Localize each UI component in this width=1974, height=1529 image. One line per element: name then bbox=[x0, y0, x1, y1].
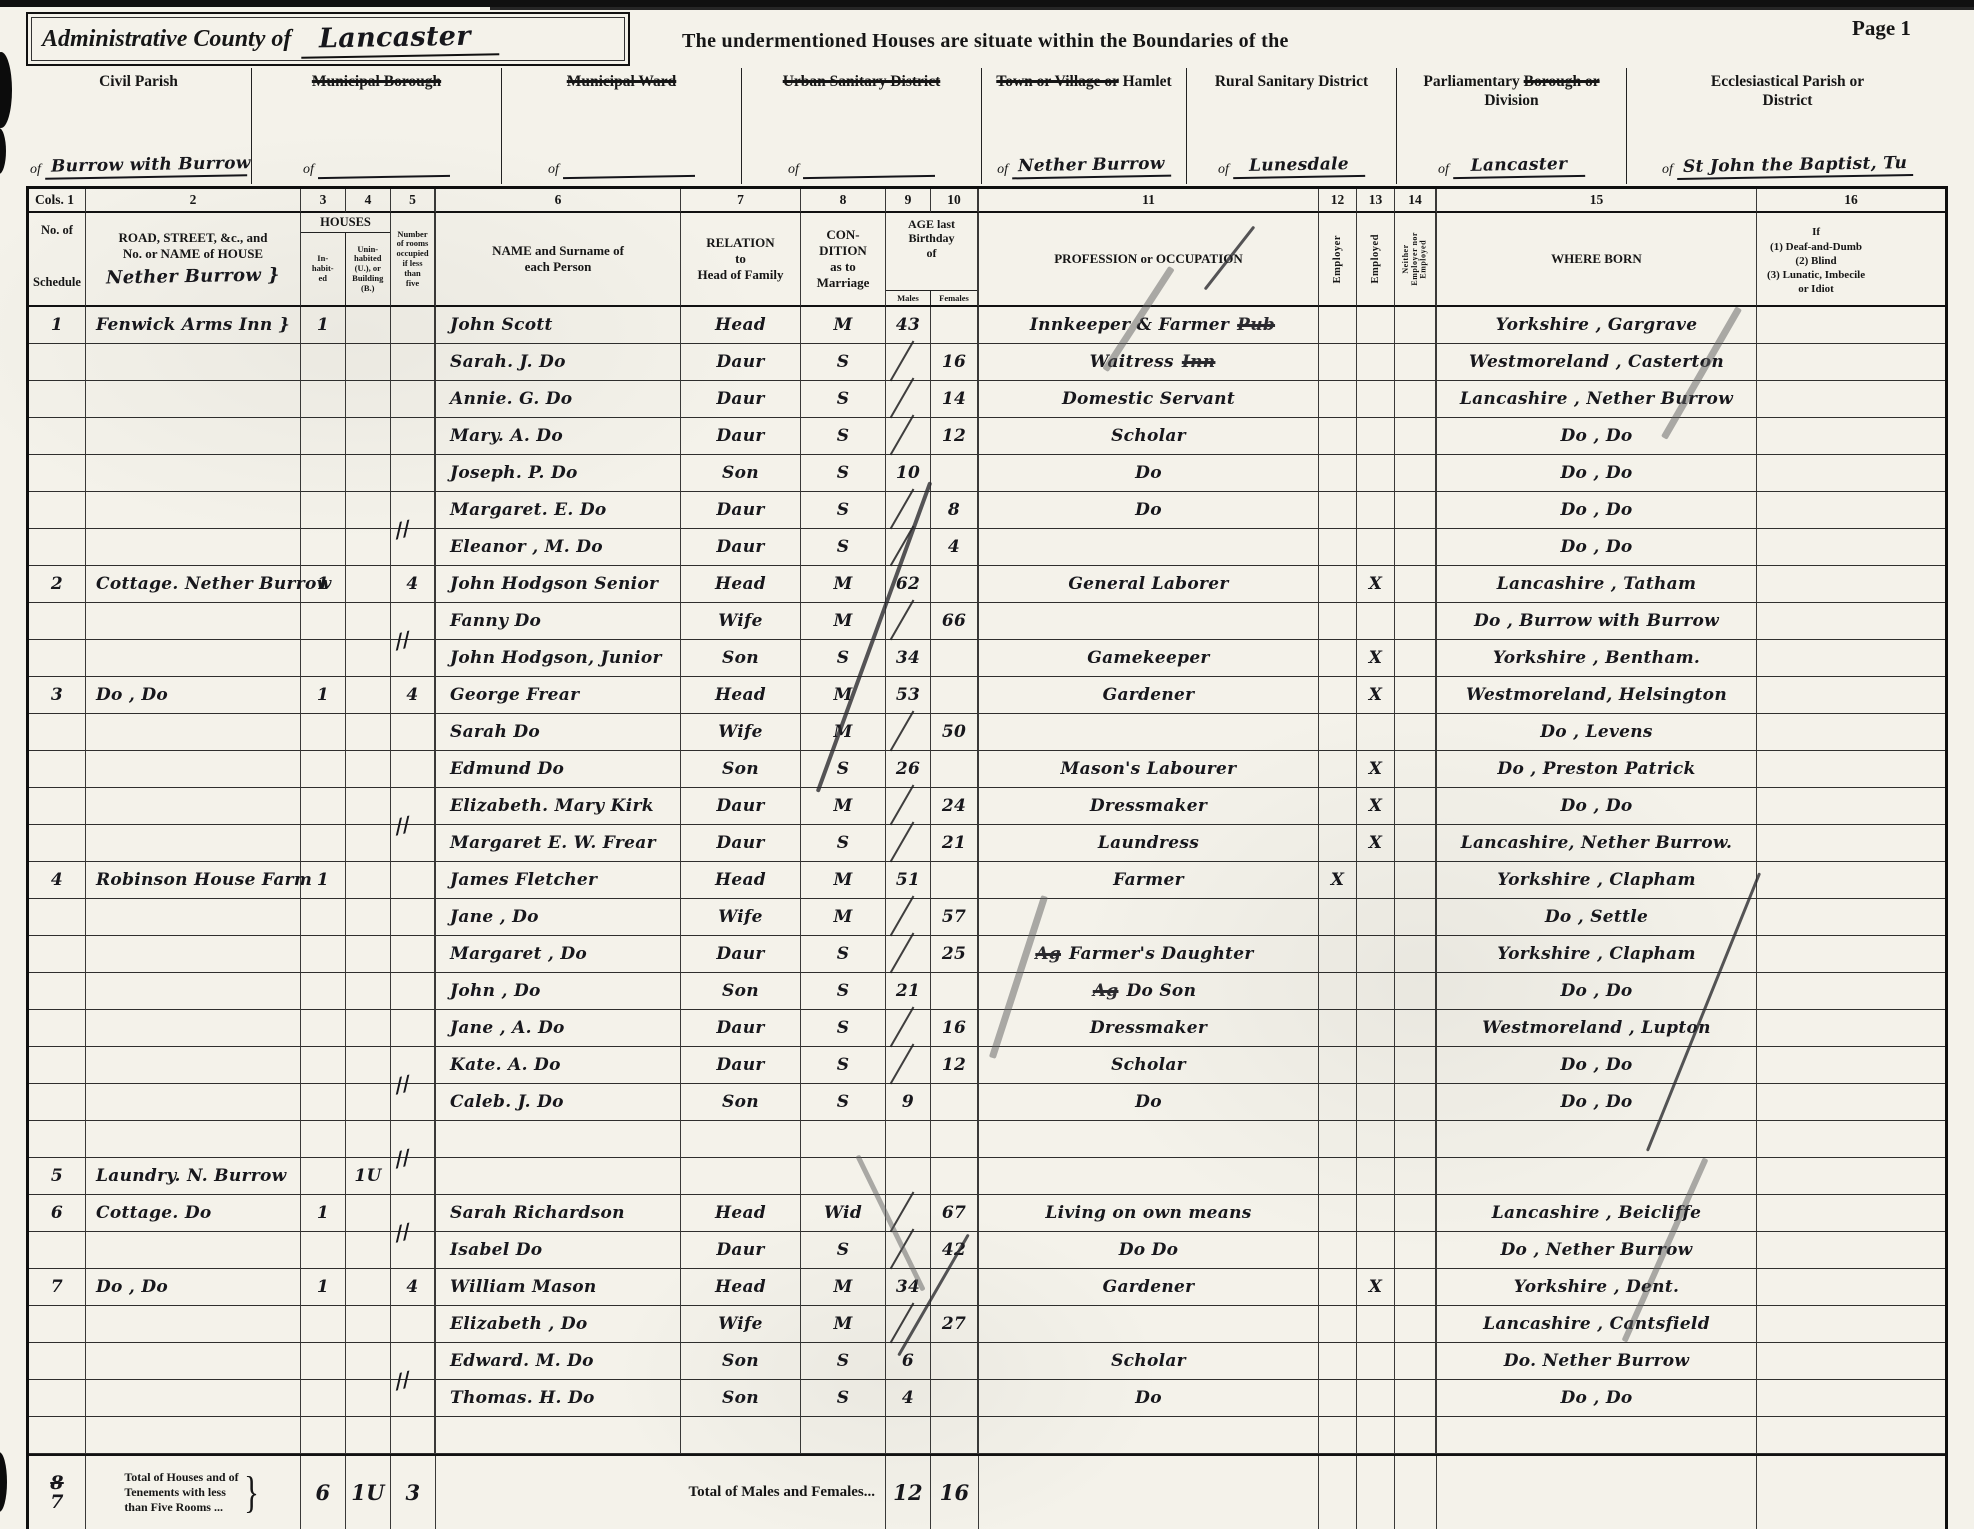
house-name-cell bbox=[86, 1047, 301, 1084]
neither-cell bbox=[1395, 418, 1437, 455]
census-page: Administrative County of Lancaster The u… bbox=[0, 0, 1974, 1529]
house-name-cell bbox=[86, 492, 301, 529]
schedule-number-cell bbox=[29, 973, 86, 1010]
inhabited-cell bbox=[301, 455, 346, 492]
occupation-cell: Laundress bbox=[979, 825, 1319, 862]
employer-cell bbox=[1319, 640, 1357, 677]
age-female-cell bbox=[931, 1121, 979, 1158]
uninhabited-cell bbox=[346, 788, 391, 825]
infirmity-cell bbox=[1757, 1121, 1945, 1158]
infirmity-cell bbox=[1757, 455, 1945, 492]
header-infirmity: If (1) Deaf-and-Dumb (2) Blind (3) Lunat… bbox=[1757, 213, 1945, 307]
condition-cell: S bbox=[801, 381, 886, 418]
infirmity-cell bbox=[1757, 1195, 1945, 1232]
occupation-cell: Scholar bbox=[979, 1343, 1319, 1380]
uninhabited-cell bbox=[346, 566, 391, 603]
relation-cell: Son bbox=[681, 751, 801, 788]
header-males: Males bbox=[886, 291, 931, 305]
table-row: // John Hodgson, Junior Son S 34 Gamekee… bbox=[29, 640, 1945, 677]
age-female-cell bbox=[931, 1417, 979, 1454]
census-table: Cols. 1 2 3 4 5 6 7 8 9 10 11 12 13 14 1… bbox=[26, 186, 1948, 1529]
rooms-cell bbox=[391, 307, 436, 344]
occupation-cell: Dressmaker bbox=[979, 788, 1319, 825]
employer-cell bbox=[1319, 344, 1357, 381]
totals-males: 12 bbox=[886, 1456, 931, 1529]
header-schedule: No. ofSchedule bbox=[29, 213, 86, 307]
uninhabited-cell bbox=[346, 862, 391, 899]
table-row: 6 Cottage. Do 1 Sarah Richardson Head Wi… bbox=[29, 1195, 1945, 1232]
occupation-cell: Do bbox=[979, 1380, 1319, 1417]
employed-cell bbox=[1357, 1195, 1395, 1232]
rooms-cell bbox=[391, 751, 436, 788]
condition-cell bbox=[801, 1417, 886, 1454]
employed-cell bbox=[1357, 1343, 1395, 1380]
district-municipal-ward: Municipal Ward of bbox=[501, 68, 741, 184]
where-born-cell: Do , Do bbox=[1437, 788, 1757, 825]
schedule-number-cell bbox=[29, 1306, 86, 1343]
inhabited-cell bbox=[301, 899, 346, 936]
neither-cell bbox=[1395, 973, 1437, 1010]
table-body: 1 Fenwick Arms Inn } 1 John Scott Head M… bbox=[29, 307, 1945, 1454]
schedule-number-cell bbox=[29, 788, 86, 825]
schedule-number-cell bbox=[29, 418, 86, 455]
rooms-cell bbox=[391, 455, 436, 492]
occupation-cell: Gardener bbox=[979, 1269, 1319, 1306]
uninhabited-cell bbox=[346, 1306, 391, 1343]
inhabited-cell: 1 bbox=[301, 307, 346, 344]
occupation-cell: Farmer bbox=[979, 862, 1319, 899]
header-employed: Employed bbox=[1357, 213, 1395, 307]
rooms-cell: // bbox=[391, 1232, 436, 1269]
where-born-cell: Do , Do bbox=[1437, 418, 1757, 455]
column-number-row: Cols. 1 2 3 4 5 6 7 8 9 10 11 12 13 14 1… bbox=[29, 189, 1945, 213]
employer-cell bbox=[1319, 529, 1357, 566]
employed-cell bbox=[1357, 344, 1395, 381]
person-name-cell: Edmund Do bbox=[436, 751, 681, 788]
rooms-cell: 4 bbox=[391, 566, 436, 603]
rooms-cell bbox=[391, 899, 436, 936]
header-condition: CON- DITION as to Marriage bbox=[801, 213, 886, 307]
rooms-cell bbox=[391, 1306, 436, 1343]
house-name-cell: Do , Do bbox=[86, 677, 301, 714]
age-female-cell: 42 bbox=[931, 1232, 979, 1269]
header-relation: RELATION to Head of Family bbox=[681, 213, 801, 307]
occupation-cell bbox=[979, 1121, 1319, 1158]
table-row bbox=[29, 1417, 1945, 1454]
rooms-cell bbox=[391, 973, 436, 1010]
ecclesiastical-value: St John the Baptist, Tu bbox=[1677, 153, 1914, 180]
infirmity-cell bbox=[1757, 677, 1945, 714]
house-name-cell bbox=[86, 381, 301, 418]
schedule-number-cell: 3 bbox=[29, 677, 86, 714]
person-name-cell: Jane , Do bbox=[436, 899, 681, 936]
person-name-cell: Sarah. J. Do bbox=[436, 344, 681, 381]
person-name-cell: John Scott bbox=[436, 307, 681, 344]
table-row: Annie. G. Do Daur S 14 Domestic Servant … bbox=[29, 381, 1945, 418]
uninhabited-cell bbox=[346, 973, 391, 1010]
uninhabited-cell bbox=[346, 899, 391, 936]
house-name-cell: Laundry. N. Burrow bbox=[86, 1158, 301, 1195]
employed-cell bbox=[1357, 973, 1395, 1010]
employer-cell bbox=[1319, 1047, 1357, 1084]
schedule-number-cell bbox=[29, 344, 86, 381]
age-female-cell bbox=[931, 1343, 979, 1380]
administrative-county-box: Administrative County of Lancaster bbox=[26, 12, 630, 66]
age-female-cell: 21 bbox=[931, 825, 979, 862]
schedule-number-cell bbox=[29, 529, 86, 566]
table-row: Edmund Do Son S 26 Mason's Labourer X Do… bbox=[29, 751, 1945, 788]
neither-cell bbox=[1395, 714, 1437, 751]
neither-cell bbox=[1395, 640, 1437, 677]
table-row: Mary. A. Do Daur S 12 Scholar Do , Do bbox=[29, 418, 1945, 455]
rooms-cell bbox=[391, 1417, 436, 1454]
margin-notes: 87 bbox=[29, 1456, 86, 1529]
uninhabited-cell bbox=[346, 1010, 391, 1047]
inhabited-cell: 1 bbox=[301, 1195, 346, 1232]
table-row: // Eleanor , M. Do Daur S 4 Do , Do bbox=[29, 529, 1945, 566]
uninhabited-cell bbox=[346, 492, 391, 529]
condition-cell: S bbox=[801, 973, 886, 1010]
employed-cell: X bbox=[1357, 640, 1395, 677]
infirmity-cell bbox=[1757, 936, 1945, 973]
infirmity-cell bbox=[1757, 492, 1945, 529]
occupation-cell: Do bbox=[979, 492, 1319, 529]
age-female-cell bbox=[931, 751, 979, 788]
schedule-number-cell bbox=[29, 1010, 86, 1047]
condition-cell: M bbox=[801, 1269, 886, 1306]
relation-cell: Daur bbox=[681, 344, 801, 381]
rooms-cell: // bbox=[391, 1158, 436, 1195]
occupation-cell bbox=[979, 603, 1319, 640]
inhabited-cell bbox=[301, 418, 346, 455]
inhabited-cell: 1 bbox=[301, 1269, 346, 1306]
rooms-cell: 4 bbox=[391, 1269, 436, 1306]
house-name-cell: Do , Do bbox=[86, 1269, 301, 1306]
table-row: Sarah. J. Do Daur S 16 WaitressInn Westm… bbox=[29, 344, 1945, 381]
scan-edge-blob bbox=[0, 128, 6, 174]
occupation-cell bbox=[979, 1306, 1319, 1343]
relation-cell: Son bbox=[681, 1084, 801, 1121]
schedule-number-cell: 6 bbox=[29, 1195, 86, 1232]
age-female-cell: 67 bbox=[931, 1195, 979, 1232]
uninhabited-cell bbox=[346, 1121, 391, 1158]
uninhabited-cell bbox=[346, 1047, 391, 1084]
scan-top-border-2 bbox=[490, 7, 1974, 10]
person-name-cell: Mary. A. Do bbox=[436, 418, 681, 455]
header-road-handwritten: Nether Burrow } bbox=[106, 264, 280, 290]
inhabited-cell: 1 bbox=[301, 862, 346, 899]
person-name-cell: Margaret. E. Do bbox=[436, 492, 681, 529]
administrative-county-value: Lancaster bbox=[301, 20, 499, 58]
schedule-number-cell bbox=[29, 1232, 86, 1269]
where-born-cell: Do. Nether Burrow bbox=[1437, 1343, 1757, 1380]
relation-cell: Daur bbox=[681, 492, 801, 529]
inhabited-cell bbox=[301, 1306, 346, 1343]
district-urban-sanitary: Urban Sanitary District of bbox=[741, 68, 981, 184]
infirmity-cell bbox=[1757, 1158, 1945, 1195]
where-born-cell: Yorkshire , Clapham bbox=[1437, 936, 1757, 973]
rooms-cell: 4 bbox=[391, 677, 436, 714]
relation-cell: Daur bbox=[681, 529, 801, 566]
scan-top-border bbox=[0, 0, 1974, 7]
house-name-cell bbox=[86, 1084, 301, 1121]
occupation-cell: Innkeeper & FarmerPub bbox=[979, 307, 1319, 344]
house-name-cell bbox=[86, 936, 301, 973]
neither-cell bbox=[1395, 825, 1437, 862]
infirmity-cell bbox=[1757, 788, 1945, 825]
infirmity-cell bbox=[1757, 973, 1945, 1010]
neither-cell bbox=[1395, 1380, 1437, 1417]
uninhabited-cell bbox=[346, 529, 391, 566]
age-female-cell bbox=[931, 640, 979, 677]
relation-cell: Wife bbox=[681, 714, 801, 751]
person-name-cell: Elizabeth , Do bbox=[436, 1306, 681, 1343]
infirmity-cell bbox=[1757, 714, 1945, 751]
neither-cell bbox=[1395, 788, 1437, 825]
where-born-cell: Do , Do bbox=[1437, 1084, 1757, 1121]
scan-edge-blob bbox=[0, 52, 12, 128]
employer-cell bbox=[1319, 1084, 1357, 1121]
inhabited-cell bbox=[301, 344, 346, 381]
person-name-cell: Isabel Do bbox=[436, 1232, 681, 1269]
neither-cell bbox=[1395, 455, 1437, 492]
age-female-cell: 50 bbox=[931, 714, 979, 751]
employer-cell bbox=[1319, 1121, 1357, 1158]
occupation-cell: Scholar bbox=[979, 1047, 1319, 1084]
employer-cell bbox=[1319, 1343, 1357, 1380]
inhabited-cell bbox=[301, 1158, 346, 1195]
employed-cell bbox=[1357, 603, 1395, 640]
house-name-cell bbox=[86, 751, 301, 788]
infirmity-cell bbox=[1757, 529, 1945, 566]
occupation-cell: Gamekeeper bbox=[979, 640, 1319, 677]
person-name-cell: Sarah Richardson bbox=[436, 1195, 681, 1232]
relation-cell: Son bbox=[681, 973, 801, 1010]
house-name-cell bbox=[86, 529, 301, 566]
where-born-cell: Lancashire , Tatham bbox=[1437, 566, 1757, 603]
district-parliamentary: Parliamentary Borough orDivision ofLanca… bbox=[1396, 68, 1626, 184]
person-name-cell: Caleb. J. Do bbox=[436, 1084, 681, 1121]
relation-cell: Daur bbox=[681, 936, 801, 973]
inhabited-cell bbox=[301, 1343, 346, 1380]
age-female-cell bbox=[931, 973, 979, 1010]
employer-cell bbox=[1319, 973, 1357, 1010]
table-row: Jane , Do Wife M 57 Do , Settle bbox=[29, 899, 1945, 936]
totals-row: 87 Total of Houses and of Tenements with… bbox=[29, 1454, 1945, 1529]
where-born-cell bbox=[1437, 1417, 1757, 1454]
uninhabited-cell bbox=[346, 1084, 391, 1121]
uninhabited-cell bbox=[346, 603, 391, 640]
house-name-cell: Cottage. Nether Burrow bbox=[86, 566, 301, 603]
schedule-number-cell bbox=[29, 936, 86, 973]
employed-cell: X bbox=[1357, 788, 1395, 825]
rooms-cell: // bbox=[391, 529, 436, 566]
employed-cell bbox=[1357, 899, 1395, 936]
condition-cell: S bbox=[801, 1010, 886, 1047]
relation-cell: Head bbox=[681, 862, 801, 899]
age-female-cell: 4 bbox=[931, 529, 979, 566]
inhabited-cell bbox=[301, 492, 346, 529]
relation-cell: Daur bbox=[681, 418, 801, 455]
schedule-number-cell bbox=[29, 1417, 86, 1454]
condition-cell: S bbox=[801, 455, 886, 492]
header-rooms: Number of rooms occupied if less than fi… bbox=[391, 213, 436, 307]
neither-cell bbox=[1395, 1417, 1437, 1454]
age-male-cell: 6 bbox=[886, 1343, 931, 1380]
table-row: John , Do Son S 21 AgDo Son Do , Do bbox=[29, 973, 1945, 1010]
schedule-number-cell bbox=[29, 603, 86, 640]
schedule-number-cell: 2 bbox=[29, 566, 86, 603]
rooms-cell: // bbox=[391, 1380, 436, 1417]
neither-cell bbox=[1395, 492, 1437, 529]
employed-cell bbox=[1357, 1380, 1395, 1417]
employed-cell bbox=[1357, 1047, 1395, 1084]
infirmity-cell bbox=[1757, 1232, 1945, 1269]
neither-cell bbox=[1395, 1158, 1437, 1195]
inhabited-cell: 1 bbox=[301, 566, 346, 603]
person-name-cell bbox=[436, 1417, 681, 1454]
uninhabited-cell bbox=[346, 344, 391, 381]
age-female-cell bbox=[931, 862, 979, 899]
scan-edge-blob bbox=[0, 1452, 7, 1512]
employed-cell bbox=[1357, 1306, 1395, 1343]
where-born-cell: Yorkshire , Dent. bbox=[1437, 1269, 1757, 1306]
infirmity-cell bbox=[1757, 1084, 1945, 1121]
inhabited-cell bbox=[301, 714, 346, 751]
totals-males-females-label: Total of Males and Females... bbox=[436, 1456, 886, 1529]
person-name-cell: Elizabeth. Mary Kirk bbox=[436, 788, 681, 825]
inhabited-cell bbox=[301, 1047, 346, 1084]
where-born-cell: Westmoreland, Helsington bbox=[1437, 677, 1757, 714]
district-header-row: Civil Parish ofBurrow with Burrow Munici… bbox=[26, 68, 1948, 184]
header-road-street: ROAD, STREET, &c., and No. or NAME of HO… bbox=[86, 213, 301, 307]
uninhabited-cell bbox=[346, 1232, 391, 1269]
occupation-cell: General Laborer bbox=[979, 566, 1319, 603]
table-row: Elizabeth , Do Wife M 27 Lancashire , Ca… bbox=[29, 1306, 1945, 1343]
header-where-born: WHERE BORN bbox=[1437, 213, 1757, 307]
condition-cell: M bbox=[801, 862, 886, 899]
person-name-cell: John Hodgson Senior bbox=[436, 566, 681, 603]
age-female-cell: 14 bbox=[931, 381, 979, 418]
employer-cell bbox=[1319, 492, 1357, 529]
district-ecclesiastical: Ecclesiastical Parish or District ofSt J… bbox=[1626, 68, 1948, 184]
district-rural-sanitary: Rural Sanitary District ofLunesdale bbox=[1186, 68, 1396, 184]
age-male-cell: 26 bbox=[886, 751, 931, 788]
age-female-cell: 8 bbox=[931, 492, 979, 529]
where-born-cell: Do , Preston Patrick bbox=[1437, 751, 1757, 788]
administrative-county-label: Administrative County of bbox=[42, 26, 291, 53]
where-born-cell: Lancashire , Beicliffe bbox=[1437, 1195, 1757, 1232]
employed-cell bbox=[1357, 307, 1395, 344]
uninhabited-cell bbox=[346, 455, 391, 492]
employed-cell: X bbox=[1357, 566, 1395, 603]
employer-cell bbox=[1319, 936, 1357, 973]
district-municipal-borough: Municipal Borough of bbox=[251, 68, 501, 184]
employed-cell bbox=[1357, 492, 1395, 529]
schedule-number-cell: 4 bbox=[29, 862, 86, 899]
schedule-number-cell bbox=[29, 899, 86, 936]
schedule-number-cell bbox=[29, 1380, 86, 1417]
employer-cell bbox=[1319, 714, 1357, 751]
employed-cell bbox=[1357, 1232, 1395, 1269]
house-name-cell bbox=[86, 1306, 301, 1343]
schedule-number-cell bbox=[29, 825, 86, 862]
neither-cell bbox=[1395, 1269, 1437, 1306]
schedule-number-cell bbox=[29, 492, 86, 529]
employer-cell bbox=[1319, 788, 1357, 825]
occupation-cell bbox=[979, 1158, 1319, 1195]
age-female-cell: 24 bbox=[931, 788, 979, 825]
municipal-borough-value bbox=[318, 174, 450, 179]
schedule-number-cell bbox=[29, 751, 86, 788]
infirmity-cell bbox=[1757, 825, 1945, 862]
neither-cell bbox=[1395, 381, 1437, 418]
age-male-cell: 34 bbox=[886, 640, 931, 677]
condition-cell: M bbox=[801, 899, 886, 936]
neither-cell bbox=[1395, 1195, 1437, 1232]
employed-cell bbox=[1357, 1084, 1395, 1121]
header-females: Females bbox=[931, 291, 977, 305]
inhabited-cell bbox=[301, 788, 346, 825]
employer-cell bbox=[1319, 1306, 1357, 1343]
employer-cell bbox=[1319, 825, 1357, 862]
employed-cell: X bbox=[1357, 751, 1395, 788]
where-born-cell: Do , Do bbox=[1437, 1047, 1757, 1084]
uninhabited-cell bbox=[346, 936, 391, 973]
condition-cell: S bbox=[801, 418, 886, 455]
house-name-cell: Fenwick Arms Inn } bbox=[86, 307, 301, 344]
brace-glyph: } bbox=[244, 1467, 259, 1518]
employed-cell bbox=[1357, 1158, 1395, 1195]
condition-cell: M bbox=[801, 677, 886, 714]
person-name-cell: Kate. A. Do bbox=[436, 1047, 681, 1084]
employer-cell bbox=[1319, 1158, 1357, 1195]
table-row: Margaret. E. Do Daur S 8 Do Do , Do bbox=[29, 492, 1945, 529]
table-row: Margaret , Do Daur S 25 AgFarmer's Daugh… bbox=[29, 936, 1945, 973]
infirmity-cell bbox=[1757, 1380, 1945, 1417]
employer-cell bbox=[1319, 566, 1357, 603]
rural-sanitary-value: Lunesdale bbox=[1233, 154, 1365, 179]
where-born-cell bbox=[1437, 1158, 1757, 1195]
age-male-cell: 10 bbox=[886, 455, 931, 492]
infirmity-cell bbox=[1757, 1047, 1945, 1084]
person-name-cell: Margaret E. W. Frear bbox=[436, 825, 681, 862]
schedule-number-cell bbox=[29, 640, 86, 677]
table-row: 5 Laundry. N. Burrow 1U // bbox=[29, 1158, 1945, 1195]
relation-cell: Daur bbox=[681, 1047, 801, 1084]
condition-cell: S bbox=[801, 751, 886, 788]
uninhabited-cell bbox=[346, 1343, 391, 1380]
inhabited-cell bbox=[301, 1232, 346, 1269]
rooms-cell bbox=[391, 936, 436, 973]
neither-cell bbox=[1395, 529, 1437, 566]
uninhabited-cell bbox=[346, 1269, 391, 1306]
person-name-cell: William Mason bbox=[436, 1269, 681, 1306]
age-female-cell: 16 bbox=[931, 344, 979, 381]
age-male-cell: 21 bbox=[886, 973, 931, 1010]
condition-cell bbox=[801, 1121, 886, 1158]
schedule-number-cell bbox=[29, 381, 86, 418]
district-hamlet: Town or Village or Hamlet ofNether Burro… bbox=[981, 68, 1186, 184]
house-name-cell bbox=[86, 788, 301, 825]
employer-cell bbox=[1319, 455, 1357, 492]
relation-cell: Son bbox=[681, 640, 801, 677]
infirmity-cell bbox=[1757, 640, 1945, 677]
inhabited-cell: 1 bbox=[301, 677, 346, 714]
neither-cell bbox=[1395, 936, 1437, 973]
age-female-cell bbox=[931, 1158, 979, 1195]
infirmity-cell bbox=[1757, 1010, 1945, 1047]
